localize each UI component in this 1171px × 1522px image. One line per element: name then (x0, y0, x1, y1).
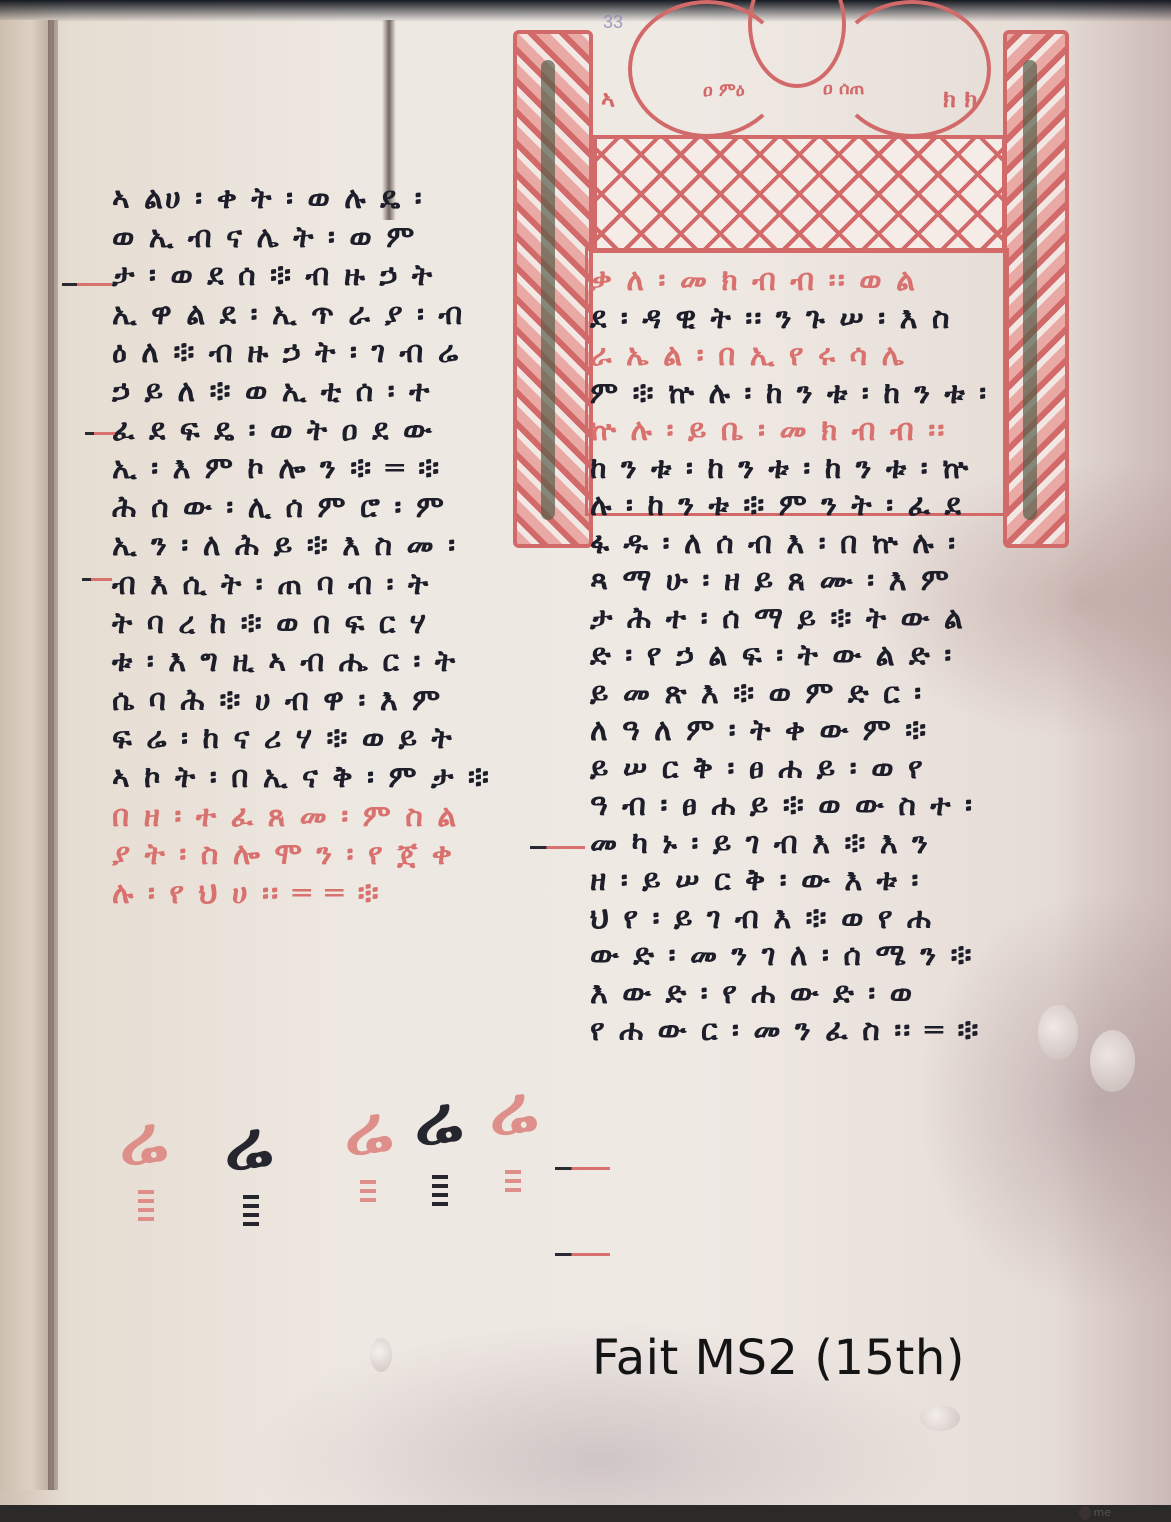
text-line: ለ ዓ ለ ም ፡ ት ቀ ው ም ፨ (590, 712, 1020, 750)
margin-marker (82, 578, 112, 581)
arch-right (833, 0, 991, 138)
spiral-tail (432, 1170, 448, 1211)
headpiece-letter: ዐ ምዕ (703, 80, 745, 101)
manuscript-photo: 33 ኣ ዐ ምዕ ዐ ሰጠ ክ ክ ኣ ልሀ ፡ ቀ ት ፡ ወ ሉ ዴ ፡ … (0, 0, 1171, 1505)
text-line: ከ ን ቱ ፡ ከ ን ቱ ፡ ከ ን ቱ ፡ ኵ (590, 450, 1020, 488)
text-line: ም ፨ ኵ ሉ ፡ ከ ን ቱ ፡ ከ ን ቱ ፡ (590, 375, 1020, 413)
left-text-column: ኣ ልሀ ፡ ቀ ት ፡ ወ ሉ ዴ ፡ ወ ኢ ብ ና ሌ ት ፡ ወ ም ታ… (112, 180, 532, 913)
text-line: ህ የ ፡ ይ ገ ብ እ ፨ ወ የ ሐ (590, 900, 1020, 938)
text-line: ድ ፡ የ ኃ ል ፍ ፡ ት ው ል ድ ፡ (590, 637, 1020, 675)
book-gutter (48, 20, 58, 1490)
text-line: ፍ ሬ ፡ ከ ና ሪ ሃ ፨ ወ ይ ት (112, 720, 532, 759)
text-line: ኃ ይ ለ ፨ ወ ኢ ቲ ሰ ፡ ተ (112, 373, 532, 412)
margin-marker (85, 432, 115, 435)
text-line: ሕ ሰ ው ፡ ሊ ሰ ም ሮ ፡ ም (112, 489, 532, 528)
text-line: ኣ ልሀ ፡ ቀ ት ፡ ወ ሉ ዴ ፡ (112, 180, 532, 219)
spiral-ornament: ሬ (415, 1085, 462, 1155)
braid-strand (541, 60, 555, 520)
spiral-tail (138, 1185, 154, 1226)
interlace-panel (593, 135, 1006, 253)
text-line: ጻ ማ ሁ ፡ ዘ ይ ጸ ሙ ፡ እ ም (590, 562, 1020, 600)
image-caption: Fait MS2 (15th) (592, 1330, 965, 1386)
rubric-line: ራ ኤ ል ፡ በ ኢ የ ሩ ሳ ሌ (590, 337, 1020, 375)
text-line: ዕ ለ ፨ ብ ዙ ኃ ት ፡ ገ ብ ሬ (112, 334, 532, 373)
margin-marker (555, 1253, 610, 1256)
water-stain (1038, 1005, 1078, 1060)
avatar-icon (1079, 1506, 1091, 1520)
margin-marker (530, 846, 585, 849)
spiral-ornament: ሬ (225, 1110, 272, 1180)
text-line: ቱ ፡ እ ግ ዚ ኣ ብ ሔ ር ፡ ት (112, 643, 532, 682)
text-line: ይ ሠ ር ቅ ፡ ፀ ሐ ይ ፡ ወ የ (590, 750, 1020, 788)
rubric-line: ያ ት ፡ ስ ሎ ሞ ን ፡ የ ጀ ቀ (112, 836, 532, 875)
text-line: ሉ ፡ ከ ን ቱ ፨ ም ን ት ፡ ፈ ደ (590, 487, 1020, 525)
text-line: ደ ፡ ዳ ዊ ት ፡፡ ን ጉ ሠ ፡ እ ስ (590, 300, 1020, 338)
headpiece-letter: ኣ (601, 85, 615, 113)
margin-marker (62, 283, 112, 286)
right-text-column: ቃ ለ ፡ መ ክ ብ ብ ፡፡ ወ ል ደ ፡ ዳ ዊ ት ፡፡ ን ጉ ሠ … (590, 262, 1020, 1050)
text-line: ብ እ ሲ ት ፡ ጠ ባ ብ ፡ ት (112, 566, 532, 605)
text-line: ኢ ዋ ል ደ ፡ ኢ ጥ ራ ያ ፡ ብ (112, 296, 532, 335)
water-stain (920, 1405, 960, 1431)
text-line: ወ ኢ ብ ና ሌ ት ፡ ወ ም (112, 219, 532, 258)
text-line: ይ መ ጽ እ ፨ ወ ም ድ ር ፡ (590, 675, 1020, 713)
text-line: እ ው ድ ፡ የ ሐ ው ድ ፡ ወ (590, 975, 1020, 1013)
text-line: ዓ ብ ፡ ፀ ሐ ይ ፨ ወ ው ስ ተ ፡ (590, 787, 1020, 825)
braid-strand (1023, 60, 1037, 520)
text-line: ፈ ደ ፍ ዴ ፡ ወ ት ዐ ደ ው (112, 412, 532, 451)
text-line: ኢ ፡ እ ም ኮ ሎ ን ፨ ═ ፨ (112, 450, 532, 489)
spiral-tail (243, 1190, 259, 1231)
left-facing-leaf (0, 20, 54, 1490)
text-line: ኣ ኮ ት ፡ በ ኢ ና ቅ ፡ ም ታ ፨ (112, 759, 532, 798)
text-line: ሴ ባ ሕ ፨ ሀ ብ ዋ ፡ እ ም (112, 682, 532, 721)
text-line: መ ካ ኑ ፡ ይ ገ ብ እ ፨ እ ን (590, 825, 1020, 863)
bottom-bar-label: me (1094, 1506, 1111, 1519)
water-stain (1090, 1030, 1135, 1092)
headpiece-letter: ክ ክ (943, 85, 977, 113)
rubric-line: ቃ ለ ፡ መ ክ ብ ብ ፡፡ ወ ል (590, 262, 1020, 300)
text-line: ፋ ዱ ፡ ለ ሰ ብ እ ፡ በ ኵ ሉ ፡ (590, 525, 1020, 563)
spiral-ornament: ሬ (490, 1075, 537, 1145)
spiral-tail (505, 1165, 521, 1197)
text-line: ዘ ፡ ይ ሠ ር ቅ ፡ ው እ ቱ ፡ (590, 862, 1020, 900)
headpiece-letter: ዐ ሰጠ (823, 78, 865, 99)
text-line: ታ ሕ ተ ፡ ሰ ማ ይ ፨ ት ው ል (590, 600, 1020, 638)
text-line: የ ሐ ው ር ፡ መ ን ፈ ስ ፡፡ ═ ፨ (590, 1012, 1020, 1050)
rubric-line: ሉ ፡ የ ህ ሀ ፡፡ ═ ═ ፨ (112, 875, 532, 914)
text-line: ታ ፡ ወ ደ ሰ ፨ ብ ዙ ኃ ት (112, 257, 532, 296)
rubric-line: ኵ ሉ ፡ ይ ቤ ፡ መ ክ ብ ብ ፡፡ (590, 412, 1020, 450)
text-line: ኢ ን ፡ ለ ሕ ይ ፨ እ ስ መ ፡ (112, 527, 532, 566)
spiral-ornament: ሬ (120, 1105, 167, 1175)
text-line: ት ባ ረ ከ ፨ ወ በ ፍ ር ሃ (112, 605, 532, 644)
water-stain (370, 1338, 392, 1372)
bottom-bar: me (0, 1505, 1171, 1522)
spiral-tail (360, 1175, 376, 1207)
spiral-ornament: ሬ (345, 1095, 392, 1165)
margin-marker (555, 1167, 610, 1170)
text-line: ው ድ ፡ መ ን ገ ለ ፡ ሰ ሜ ን ፨ (590, 937, 1020, 975)
rubric-line: በ ዘ ፡ ተ ፈ ጸ መ ፡ ም ስ ል (112, 798, 532, 837)
folio-number: 33 (603, 12, 623, 33)
